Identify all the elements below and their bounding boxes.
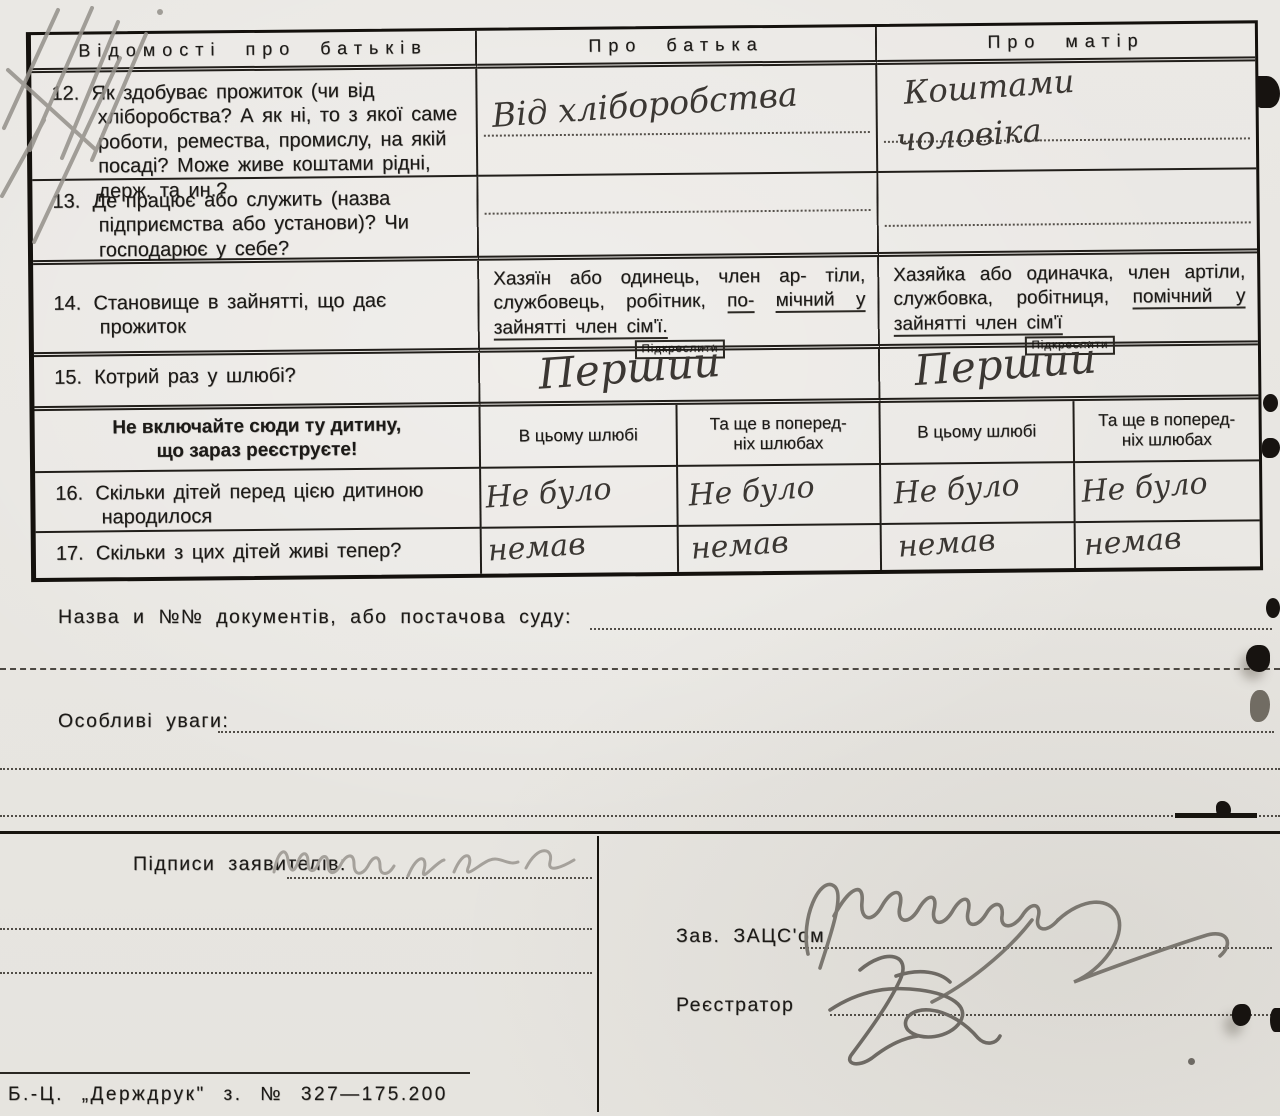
option-text: Хазяйка або одиначка, член bbox=[893, 262, 1170, 286]
subheader-mother-previous: Та ще в поперед- ніх шлюбах bbox=[1074, 399, 1259, 463]
ink-blot bbox=[1263, 394, 1278, 412]
ink-speck bbox=[1188, 1058, 1195, 1065]
handwritten-answer: чоловіка bbox=[895, 111, 1043, 159]
question-14-text: Становище в зайнятті, що дає прожиток bbox=[93, 290, 386, 339]
header-father: Про батька bbox=[477, 27, 877, 69]
question-17: 17.Скільки з цих дітей живі тепер? bbox=[36, 529, 482, 578]
ink-blot bbox=[1256, 76, 1280, 108]
answer-12-mother: Коштами чоловіка bbox=[877, 61, 1256, 173]
header-mother: Про матір bbox=[877, 23, 1255, 65]
answer-16-father-current: Не було bbox=[481, 467, 679, 529]
subheader-label: ніх шлюбах bbox=[684, 433, 873, 455]
pencil-scribble bbox=[0, 0, 300, 270]
subheader-label: ніх шлюбах bbox=[1081, 429, 1253, 451]
answer-15-mother: Перший bbox=[880, 345, 1259, 403]
question-15-text: Котрий раз у шлюбі? bbox=[94, 365, 296, 389]
ink-blot bbox=[1270, 1008, 1280, 1032]
blank-fill-line bbox=[0, 668, 1280, 670]
answer-16-mother-previous: Не було bbox=[1075, 461, 1260, 523]
question-16-text: Скільки дітей перед цією дитиною народил… bbox=[95, 479, 423, 528]
footer-rule bbox=[0, 1072, 470, 1074]
ink-blot bbox=[1262, 438, 1280, 458]
header-father-label: Про батька bbox=[588, 34, 764, 57]
answer-13-mother bbox=[878, 169, 1257, 257]
answer-12-father: Від хліборобства bbox=[477, 65, 878, 177]
subheader-mother-current: В цьому шлюбі bbox=[880, 401, 1075, 465]
blank-fill-line bbox=[0, 972, 592, 974]
registrar-signature bbox=[800, 946, 1060, 1081]
handwritten-answer: Не було bbox=[1080, 466, 1208, 510]
section-divider bbox=[0, 831, 1280, 834]
ink-smear bbox=[1175, 813, 1257, 818]
print-shop-footer: Б.-Ц. „Держдрук" з. № 327—175.200 bbox=[8, 1084, 448, 1106]
subheader-label: Та ще в поперед- bbox=[1081, 409, 1253, 431]
ink-blot bbox=[1250, 690, 1270, 722]
remarks-fill-line bbox=[218, 731, 1274, 733]
blank-fill-line bbox=[0, 928, 592, 930]
handwritten-answer: немав bbox=[690, 525, 790, 567]
fill-line bbox=[484, 131, 870, 137]
answer-15-father: Перший bbox=[480, 349, 880, 407]
fill-line bbox=[485, 209, 871, 215]
blank-fill-line bbox=[0, 768, 1280, 770]
handwritten-answer: немав bbox=[487, 527, 587, 569]
option-text-underlined: по- bbox=[727, 290, 754, 313]
remarks-label: Особливі уваги: bbox=[58, 710, 229, 733]
handwritten-answer: немав bbox=[897, 523, 997, 565]
header-mother-label: Про матір bbox=[987, 30, 1144, 53]
question-16-number: 16. bbox=[55, 481, 95, 506]
note-exclude-child: Не включайте сюди ту дитину, що зараз ре… bbox=[35, 407, 482, 473]
documents-fill-line bbox=[590, 628, 1272, 630]
question-15-number: 15. bbox=[54, 365, 94, 390]
options-14-father: Хазяїн або одинець, член ар- тіли, служб… bbox=[479, 257, 880, 353]
fill-line bbox=[885, 222, 1251, 228]
question-17-number: 17. bbox=[56, 541, 96, 566]
question-15: 15.Котрий раз у шлюбі? bbox=[34, 353, 480, 411]
handwritten-answer: Не було bbox=[892, 468, 1020, 512]
question-17-text: Скільки з цих дітей живі тепер? bbox=[96, 540, 402, 565]
documents-label: Назва и №№ документів, або постачова суд… bbox=[58, 606, 572, 629]
ink-blot bbox=[1266, 598, 1280, 618]
subheader-label: В цьому шлюбі bbox=[887, 421, 1067, 443]
handwritten-answer: Не було bbox=[687, 470, 815, 514]
answer-16-father-previous: Не було bbox=[678, 465, 882, 527]
subheader-label: В цьому шлюбі bbox=[487, 425, 670, 447]
answer-17-father-previous: немав bbox=[679, 525, 882, 572]
ink-blot bbox=[1246, 645, 1270, 672]
applicants-signature bbox=[268, 832, 598, 892]
scanned-registry-form: Відомості про батьків Про батька Про мат… bbox=[0, 0, 1280, 1116]
registrar-label: Реєстратор bbox=[676, 994, 794, 1017]
blank-fill-line bbox=[0, 815, 1280, 817]
subheader-label: Та ще в поперед- bbox=[684, 413, 873, 435]
note-line: що зараз реєструєте! bbox=[49, 437, 465, 465]
ink-blot bbox=[1232, 1004, 1251, 1026]
answer-16-mother-current: Не було bbox=[881, 463, 1076, 525]
handwritten-answer: Коштами bbox=[902, 62, 1075, 112]
handwritten-answer: Не було bbox=[484, 472, 612, 516]
answer-17-mother-current: немав bbox=[882, 523, 1076, 570]
question-16: 16.Скільки дітей перед цією дитиною наро… bbox=[35, 469, 482, 533]
option-text: Хазяїн або одинець, член ар- bbox=[493, 266, 807, 290]
ink-blot bbox=[1216, 801, 1231, 818]
answer-13-father bbox=[478, 173, 879, 261]
handwritten-answer: Від хліборобства bbox=[491, 74, 799, 135]
question-14-number: 14. bbox=[53, 291, 93, 316]
subheader-father-current: В цьому шлюбі bbox=[480, 405, 678, 469]
answer-17-father-current: немав bbox=[482, 527, 679, 574]
handwritten-answer: немав bbox=[1083, 521, 1183, 563]
subheader-father-previous: Та ще в поперед- ніх шлюбах bbox=[677, 403, 881, 467]
answer-17-mother-previous: немав bbox=[1076, 521, 1260, 568]
question-14: 14.Становище в зайнятті, що дає прожиток bbox=[33, 261, 480, 357]
